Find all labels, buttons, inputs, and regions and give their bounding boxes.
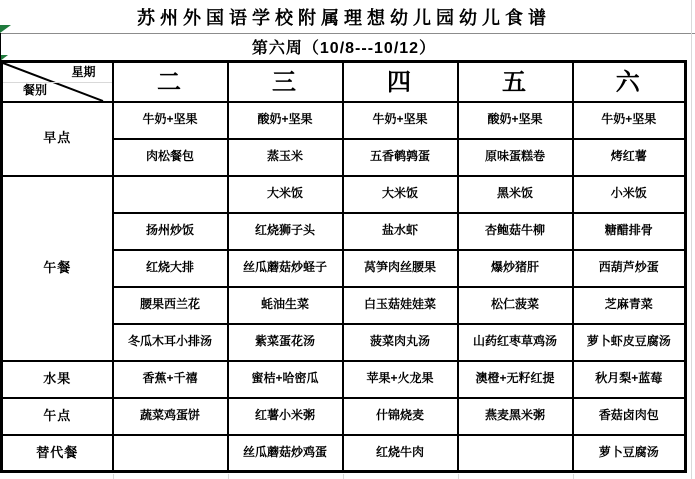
menu-cell[interactable]: 五香鹌鹑蛋 [343,139,458,176]
menu-cell[interactable]: 蚝油生菜 [228,287,343,324]
menu-cell[interactable]: 菠菜肉丸汤 [343,324,458,361]
menu-cell[interactable]: 澳橙+无籽红提 [458,361,573,398]
menu-cell[interactable]: 萝卜豆腐汤 [573,435,686,472]
menu-cell[interactable]: 牛奶+坚果 [113,102,228,139]
menu-cell[interactable]: 白玉菇娃娃菜 [343,287,458,324]
menu-cell[interactable]: 烤红薯 [573,139,686,176]
corner-header-cell[interactable]: 星期 餐别 [2,62,113,102]
day-header-0[interactable]: 二 [113,62,228,102]
day-header-1[interactable]: 三 [228,62,343,102]
menu-table: 星期 餐别 二 三 四 五 六 早点 牛奶+坚果 酸奶+坚果 牛奶+坚果 酸奶+… [0,60,687,473]
menu-cell[interactable]: 丝瓜蘑菇炒鸡蛋 [228,435,343,472]
table-row: 午餐 大米饭 大米饭 黑米饭 小米饭 [2,176,686,213]
menu-cell[interactable]: 丝瓜蘑菇炒蛏子 [228,250,343,287]
sheet-gridline [458,474,459,479]
menu-cell[interactable]: 紫菜蛋花汤 [228,324,343,361]
menu-cell[interactable]: 萝卜虾皮豆腐汤 [573,324,686,361]
menu-cell[interactable]: 蔬菜鸡蛋饼 [113,398,228,435]
menu-cell[interactable]: 腰果西兰花 [113,287,228,324]
table-header-row: 星期 餐别 二 三 四 五 六 [2,62,686,102]
menu-cell[interactable]: 莴笋肉丝腰果 [343,250,458,287]
menu-cell[interactable]: 红烧牛肉 [343,435,458,472]
table-row: 替代餐 丝瓜蘑菇炒鸡蛋 红烧牛肉 萝卜豆腐汤 [2,435,686,472]
menu-cell[interactable]: 牛奶+坚果 [573,102,686,139]
menu-cell[interactable] [113,176,228,213]
sheet-gridline [228,474,229,479]
menu-cell[interactable]: 大米饭 [343,176,458,213]
menu-cell[interactable]: 西葫芦炒蛋 [573,250,686,287]
menu-cell[interactable]: 红烧狮子头 [228,213,343,250]
menu-cell[interactable]: 酸奶+坚果 [458,102,573,139]
meal-label-breakfast[interactable]: 早点 [2,102,113,176]
menu-cell[interactable]: 香蕉+千禧 [113,361,228,398]
menu-cell[interactable]: 什锦烧麦 [343,398,458,435]
meal-label-afternoon-snack[interactable]: 午点 [2,398,113,435]
menu-cell[interactable]: 冬瓜木耳小排汤 [113,324,228,361]
menu-cell[interactable]: 红烧大排 [113,250,228,287]
menu-cell[interactable]: 香菇卤肉包 [573,398,686,435]
sheet-gridline [3,82,112,83]
menu-cell[interactable] [458,435,573,472]
menu-cell[interactable]: 酸奶+坚果 [228,102,343,139]
menu-cell[interactable]: 芝麻青菜 [573,287,686,324]
sheet-gridline [343,474,344,479]
menu-cell[interactable]: 山药红枣草鸡汤 [458,324,573,361]
day-header-4[interactable]: 六 [573,62,686,102]
menu-cell[interactable]: 盐水虾 [343,213,458,250]
menu-cell[interactable]: 黑米饭 [458,176,573,213]
menu-cell[interactable]: 肉松餐包 [113,139,228,176]
corner-label-weekday: 星期 [71,66,95,79]
menu-cell[interactable]: 小米饭 [573,176,686,213]
day-header-3[interactable]: 五 [458,62,573,102]
table-row: 早点 牛奶+坚果 酸奶+坚果 牛奶+坚果 酸奶+坚果 牛奶+坚果 [2,102,686,139]
menu-cell[interactable]: 牛奶+坚果 [343,102,458,139]
menu-cell[interactable]: 糖醋排骨 [573,213,686,250]
menu-cell[interactable]: 燕麦黑米粥 [458,398,573,435]
menu-cell[interactable]: 爆炒猪肝 [458,250,573,287]
meal-label-fruit[interactable]: 水果 [2,361,113,398]
day-header-2[interactable]: 四 [343,62,458,102]
menu-cell[interactable]: 蒸玉米 [228,139,343,176]
sheet-gridline [691,0,692,479]
meal-label-lunch[interactable]: 午餐 [2,176,113,361]
menu-cell[interactable]: 松仁菠菜 [458,287,573,324]
meal-label-substitute-meal[interactable]: 替代餐 [2,435,113,472]
sheet-gridline [573,474,574,479]
menu-cell[interactable]: 杏鲍菇牛柳 [458,213,573,250]
menu-cell[interactable]: 蜜桔+哈密瓜 [228,361,343,398]
corner-label-meal: 餐别 [23,84,47,97]
table-row: 水果 香蕉+千禧 蜜桔+哈密瓜 苹果+火龙果 澳橙+无籽红提 秋月梨+蓝莓 [2,361,686,398]
menu-cell[interactable]: 苹果+火龙果 [343,361,458,398]
sheet-gridline [113,474,114,479]
page-title[interactable]: 苏州外国语学校附属理想幼儿园幼儿食谱 [0,0,688,33]
menu-cell[interactable]: 扬州炒饭 [113,213,228,250]
table-row: 午点 蔬菜鸡蛋饼 红薯小米粥 什锦烧麦 燕麦黑米粥 香菇卤肉包 [2,398,686,435]
menu-cell[interactable]: 原味蛋糕卷 [458,139,573,176]
menu-cell[interactable] [113,435,228,472]
menu-cell[interactable]: 大米饭 [228,176,343,213]
menu-cell[interactable]: 红薯小米粥 [228,398,343,435]
menu-cell[interactable]: 秋月梨+蓝莓 [573,361,686,398]
week-subtitle[interactable]: 第六周（10/8---10/12） [0,33,688,60]
